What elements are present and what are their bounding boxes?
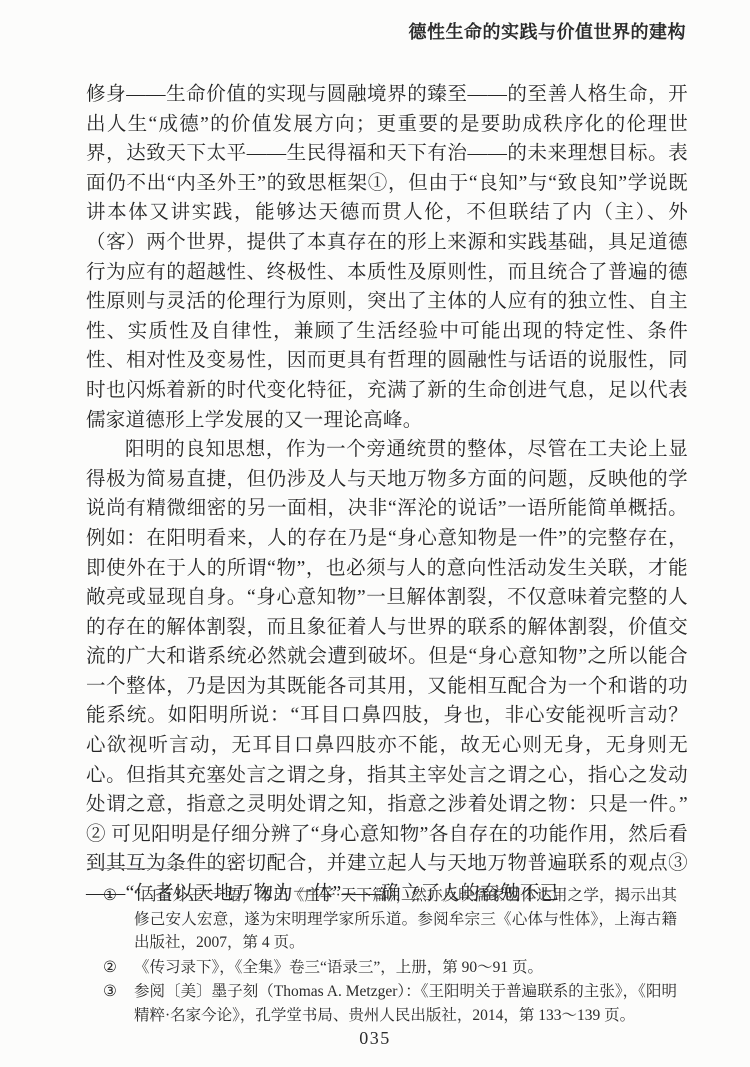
footnote-text: 《传习录下》，《全集》卷三“语录三”，上册，第 90～91 页。 xyxy=(134,956,677,980)
body-paragraph: 阳明的良知思想，作为一个旁通统贯的整体，尽管在工夫论上显得极为简易直捷，但仍涉及… xyxy=(86,435,688,909)
footnote-text: 参阅〔美〕墨子刻（Thomas A. Metzger）：《王阳明关于普遍联系的主… xyxy=(134,980,677,1027)
book-page: 德性生命的实践与价值世界的建构 修身——生命价值的实现与圆融境界的臻至——的至善… xyxy=(0,0,750,1067)
footnote-text: “内圣外王”一语，本出《庄子·天下篇》，然亦反映儒家明体达用之学，揭示出其修己安… xyxy=(134,884,677,955)
footnote-item: ① “内圣外王”一语，本出《庄子·天下篇》，然亦反映儒家明体达用之学，揭示出其修… xyxy=(103,884,677,955)
footnotes-block: ① “内圣外王”一语，本出《庄子·天下篇》，然亦反映儒家明体达用之学，揭示出其修… xyxy=(103,884,677,1028)
footnote-separator xyxy=(88,868,236,869)
body-text: 修身——生命价值的实现与圆融境界的臻至——的至善人格生命，开出人生“成德”的价值… xyxy=(86,80,688,909)
footnote-item: ③ 参阅〔美〕墨子刻（Thomas A. Metzger）：《王阳明关于普遍联系… xyxy=(103,980,677,1027)
footnote-item: ② 《传习录下》，《全集》卷三“语录三”，上册，第 90～91 页。 xyxy=(103,956,677,980)
footnote-marker: ① xyxy=(103,884,134,908)
running-header: 德性生命的实践与价值世界的建构 xyxy=(409,18,687,44)
footnote-marker: ② xyxy=(103,956,134,980)
page-number: 035 xyxy=(0,1028,750,1049)
body-paragraph: 修身——生命价值的实现与圆融境界的臻至——的至善人格生命，开出人生“成德”的价值… xyxy=(86,80,688,435)
footnote-marker: ③ xyxy=(103,980,134,1004)
